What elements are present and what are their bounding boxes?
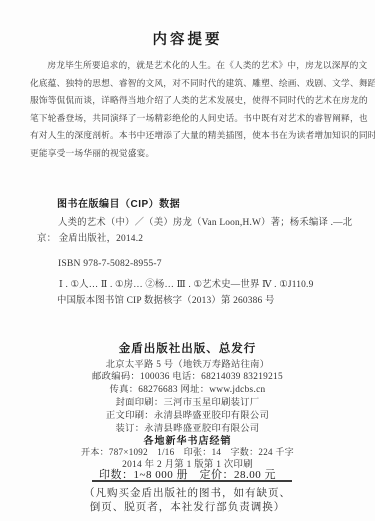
replacement-note-line-2: 倒页、脱页者，本社发行部负责调换） — [0, 499, 375, 514]
cover-print-line: 封面印刷：三河市玉星印刷装订厂 — [0, 394, 375, 408]
summary-title: 内容提要 — [0, 28, 375, 49]
cip-entry-line-2: 京： 金盾出版社，2014.2 — [37, 230, 143, 244]
summary-line: 笔下轮番登场，共同演绎了一场精彩绝伦的人间史话。书中既有对艺术的睿智阐释，也 — [30, 110, 354, 128]
summary-paragraph: 房龙毕生所要追求的，就是艺术化的人生。在《人类的艺术》中，房龙以深厚的文 化底蕴… — [30, 57, 354, 163]
summary-line: 服饰等侃侃而谈，详略得当地介绍了人类的艺术发展史，使得不同时代的艺术在房龙的 — [30, 92, 354, 110]
publisher-line: 金盾出版社出版、总发行 — [0, 340, 375, 356]
isbn-line: ISBN 978-7-5082-8955-7 — [58, 258, 162, 269]
cip-heading: 图书在版编目（CIP）数据 — [57, 195, 180, 210]
classification-line: Ⅰ . ①人… Ⅱ . ①房… ②杨… Ⅲ . ①艺术史—世界 Ⅳ . ①J11… — [59, 276, 313, 290]
colophon-page: 内容提要 房龙毕生所要追求的，就是艺术化的人生。在《人类的艺术》中，房龙以深厚的… — [0, 0, 375, 521]
summary-line: 更能享受一场华丽的视觉盛宴。 — [30, 145, 354, 163]
summary-line: 化底蕴、独特的思想、睿智的文风，对不同时代的建筑、雕塑、绘画、戏剧、文学、舞蹈、 — [30, 75, 354, 93]
postal-phone-line: 邮政编码：100036 电话：68214039 83219215 — [0, 368, 375, 382]
summary-line: 房龙毕生所要追求的，就是艺术化的人生。在《人类的艺术》中，房龙以深厚的文 — [30, 57, 354, 75]
fax-website-line: 传真：68276683 网址：www.jdcbs.cn — [0, 381, 375, 395]
cip-entry-line-1: 人类的艺术（中）／（美）房龙（Van Loon,H.W）著；杨禾编译 .—北 — [58, 214, 352, 228]
text-print-line: 正文印刷：永清县晔盛亚胶印有限公司 — [0, 407, 375, 421]
replacement-note-line-1: （凡购买金盾出版社的图书，如有缺页、 — [0, 485, 375, 500]
cip-record-line: 中国版本图书馆 CIP 数据核字（2013）第 260386 号 — [57, 292, 275, 306]
summary-line: 有对人生的深度剖析。本书中还增添了大量的精美插图，使本书在为读者增加知识的同时， — [30, 127, 354, 145]
divider-rule — [92, 480, 292, 482]
